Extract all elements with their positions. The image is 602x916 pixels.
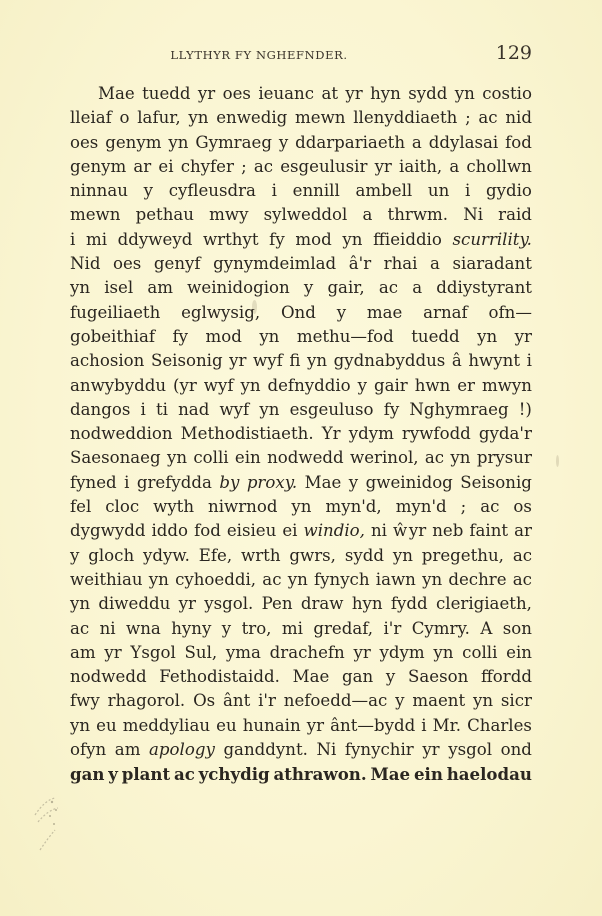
word: i — [141, 398, 146, 422]
word: ambell — [356, 179, 413, 203]
word: ddyweyd — [118, 228, 193, 252]
word: rhai — [384, 252, 418, 276]
word: mod — [295, 228, 331, 252]
word: ac — [425, 446, 444, 470]
word: nid — [505, 106, 532, 130]
word: ar — [514, 519, 532, 543]
word: ysgol. — [204, 592, 253, 616]
word: plant — [122, 762, 170, 786]
word: wyf — [219, 398, 249, 422]
word: yma — [226, 641, 261, 665]
word: ei — [158, 155, 173, 179]
word: yn — [433, 641, 453, 665]
word: fynychir — [345, 738, 414, 762]
text-line: genymareichyfer;acesgeulusiryriaith,acho… — [70, 155, 532, 179]
word: ac — [478, 106, 497, 130]
word: dangos — [70, 398, 130, 422]
word: a — [412, 131, 422, 155]
text-line: fwyrhagorol.Osânti'rnefoedd—acymaentynsi… — [70, 689, 532, 713]
word: ein — [506, 641, 532, 665]
word: lafur, — [137, 106, 180, 130]
word: wna — [126, 617, 161, 641]
word: (yr — [173, 374, 197, 398]
word: werinol, — [350, 446, 419, 470]
word: i — [465, 179, 470, 203]
body-text: Maetueddyroesieuancatyrhynsyddyncostioll… — [70, 82, 532, 787]
word: dechre — [448, 568, 506, 592]
page-number: 129 — [496, 42, 532, 64]
word: ennill — [293, 179, 340, 203]
word: oes — [70, 131, 98, 155]
word: yr — [422, 738, 439, 762]
word: by — [219, 471, 239, 495]
text-line: dangositinadwyfynesgeulusofyNghymraeg!) — [70, 398, 532, 422]
word: ac — [262, 568, 281, 592]
word: â — [452, 349, 462, 373]
word: gynymdeimlad — [213, 252, 336, 276]
word: hwynt — [468, 349, 520, 373]
word: Fethodistaidd. — [159, 665, 280, 689]
word: ffieiddio — [373, 228, 442, 252]
word: proxy. — [247, 471, 297, 495]
text-line: achosionSeisonigyrwyffiyngydnabyddusâhwy… — [70, 349, 532, 373]
word: lleiaf — [70, 106, 112, 130]
word: yr — [375, 155, 392, 179]
word: sicr — [501, 689, 532, 713]
word: nefoedd—ac — [284, 689, 387, 713]
word: fod — [505, 131, 532, 155]
word: yn — [342, 228, 362, 252]
word: eu — [216, 714, 237, 738]
word: Mae — [98, 82, 135, 106]
word: hyn — [370, 82, 401, 106]
word: cloc — [105, 495, 139, 519]
text-line: ganyplantacychydigathrawon.Maeeinhaeloda… — [70, 762, 532, 786]
word: yr — [307, 714, 324, 738]
word: grefydda — [137, 471, 212, 495]
word: Ond — [281, 301, 316, 325]
word: nad — [178, 398, 209, 422]
word: cyhoeddi, — [175, 568, 256, 592]
word: ein — [235, 446, 261, 470]
word: mi — [282, 617, 303, 641]
text-line: weithiauyncyhoeddi,acynfynychiawnyndechr… — [70, 568, 532, 592]
text-line: amyrYsgolSul,ymadrachefnyrydymyncolliein — [70, 641, 532, 665]
word: os — [513, 495, 532, 519]
word: yr — [198, 82, 215, 106]
word: yn — [393, 544, 413, 568]
word: y — [395, 689, 404, 713]
word: ac — [379, 276, 398, 300]
word: yr — [515, 325, 532, 349]
word: gyda'r — [479, 422, 532, 446]
word: athrawon. — [273, 762, 366, 786]
word: y — [222, 617, 231, 641]
word: esgeulusir — [280, 155, 367, 179]
word: Sul, — [185, 641, 218, 665]
word: yr — [104, 641, 121, 665]
word: i'r — [258, 689, 276, 713]
word: ; — [461, 495, 467, 519]
word: ; — [241, 155, 247, 179]
word: pregethu, — [422, 544, 504, 568]
word: ti — [156, 398, 168, 422]
word: eglwysig, — [181, 301, 260, 325]
word: nodweddion — [70, 422, 173, 446]
word: nodwedd — [70, 665, 147, 689]
word: yn — [307, 349, 327, 373]
word: gwrs, — [289, 544, 336, 568]
word: Cymry. — [412, 617, 470, 641]
word: yr — [345, 82, 362, 106]
word: genym — [105, 131, 161, 155]
word: yn — [149, 568, 169, 592]
word: anwybyddu — [70, 374, 166, 398]
word: gweinidog — [366, 471, 453, 495]
word: fy — [269, 228, 285, 252]
word: chollwn — [466, 155, 531, 179]
text-line: yniselamweinidogionygair,acaddiystyrant — [70, 276, 532, 300]
word: gan — [70, 762, 104, 786]
word: haelodau — [447, 762, 532, 786]
text-line: fugeiliaetheglwysig,Ondymaearnafofn— — [70, 301, 532, 325]
word: fy — [384, 398, 400, 422]
word: yn — [291, 495, 311, 519]
word: yn — [188, 106, 208, 130]
text-line: anwybyddu(yrwyfyndefnyddioygairhwnermwyn — [70, 374, 532, 398]
word: yn — [70, 714, 90, 738]
word: tuedd — [411, 325, 459, 349]
word: y — [358, 374, 367, 398]
word: o — [120, 106, 130, 130]
word: methu—fod — [297, 325, 394, 349]
word: raid — [498, 203, 532, 227]
word: fel — [70, 495, 91, 519]
word: ânt—bydd — [330, 714, 415, 738]
word: ddylasai — [429, 131, 499, 155]
word: Nghymraeg — [409, 398, 508, 422]
word: maent — [412, 689, 465, 713]
word: y — [144, 179, 153, 203]
word: ein — [414, 762, 443, 786]
word: oes — [223, 82, 251, 106]
word: y — [108, 762, 118, 786]
word: ydym — [380, 641, 425, 665]
word: fugeiliaeth — [70, 301, 160, 325]
text-line: imiddyweydwrthytfymodynffieiddioscurrili… — [70, 228, 532, 252]
word: fwy — [70, 689, 100, 713]
word: gredaf, — [313, 617, 373, 641]
text-line: Maetueddyroesieuancatyrhynsyddyncostio — [70, 82, 532, 106]
word: cyfleusdra — [169, 179, 256, 203]
word: wyf — [204, 374, 234, 398]
word: achosion — [70, 349, 144, 373]
word: mwy — [209, 203, 248, 227]
word: windio, — [304, 519, 365, 543]
word: prysur — [477, 446, 532, 470]
word: at — [321, 82, 338, 106]
ink-smudge — [556, 455, 559, 467]
word: sylweddol — [264, 203, 348, 227]
word: ddarpariaeth — [295, 131, 405, 155]
word: â'r — [349, 252, 371, 276]
word: weithiau — [70, 568, 143, 592]
word: ddiystyrant — [436, 276, 532, 300]
word: oes — [113, 252, 141, 276]
text-line: yndiwedduyrysgol.Pendrawhynfyddclerigiae… — [70, 592, 532, 616]
word: faint — [469, 519, 508, 543]
word: pethau — [136, 203, 194, 227]
word: i — [70, 228, 75, 252]
word: Methodistiaeth. — [181, 422, 314, 446]
word: fod — [194, 519, 221, 543]
text-line: yglochydyw.Efe,wrthgwrs,syddynpregethu,a… — [70, 544, 532, 568]
word: yr — [179, 592, 196, 616]
word: gydio — [486, 179, 532, 203]
word: gair, — [327, 276, 364, 300]
word: mi — [86, 228, 107, 252]
word: ychydig — [199, 762, 270, 786]
word: y — [70, 544, 79, 568]
word: ieuanc — [258, 82, 314, 106]
word: myn'd — [396, 495, 447, 519]
word: gair — [374, 374, 408, 398]
word: Ysgol — [130, 641, 175, 665]
word: Saesonaeg — [70, 446, 161, 470]
word: iddo — [151, 519, 188, 543]
word: ac — [254, 155, 273, 179]
word: yn — [70, 276, 90, 300]
word: ydyw. — [143, 544, 190, 568]
word: ac — [513, 568, 532, 592]
text-line: felclocwythniwrnodynmyn'd,myn'd;acos — [70, 495, 532, 519]
word: yn — [422, 568, 442, 592]
word: meddyliau — [123, 714, 210, 738]
text-line: fynedigrefyddabyproxy.MaeygweinidogSeiso… — [70, 471, 532, 495]
word: yn — [473, 689, 493, 713]
word: genyf — [154, 252, 201, 276]
word: a — [449, 155, 459, 179]
word: ac — [70, 617, 89, 641]
word: yn — [477, 325, 497, 349]
word: iawn — [376, 568, 416, 592]
word: gobeithiaf — [70, 325, 155, 349]
word: yr — [229, 349, 246, 373]
word: Saeson — [408, 665, 468, 689]
word: a — [430, 252, 440, 276]
text-line: dygwyddiddofodeisieueiwindio,niŵyrnebfai… — [70, 519, 532, 543]
word: enwedig — [216, 106, 287, 130]
word: hyny — [171, 617, 211, 641]
word: am — [115, 738, 141, 762]
word: Ni — [463, 203, 483, 227]
margin-stain-icon — [30, 790, 65, 860]
word: fyned — [70, 471, 117, 495]
word: ei — [282, 519, 297, 543]
word: esgeuluso — [290, 398, 374, 422]
word: Seisonig — [460, 471, 532, 495]
word: y — [304, 276, 313, 300]
ink-smudge — [252, 300, 257, 314]
word: ofn— — [489, 301, 532, 325]
word: ninnau — [70, 179, 128, 203]
word: ni — [100, 617, 116, 641]
word: clerigiaeth, — [436, 592, 532, 616]
word: chyfer — [181, 155, 234, 179]
word: ydym — [349, 422, 394, 446]
word: dygwydd — [70, 519, 145, 543]
word: yn — [455, 82, 475, 106]
word: ac — [480, 495, 499, 519]
word: colli — [193, 446, 228, 470]
word: ond — [501, 738, 532, 762]
word: costio — [482, 82, 532, 106]
word: mae — [367, 301, 402, 325]
text-line: Saesonaegyncollieinnodweddwerinol,acynpr… — [70, 446, 532, 470]
word: i — [272, 179, 277, 203]
word: yr — [353, 641, 370, 665]
word: sydd — [345, 544, 384, 568]
word: y — [349, 471, 358, 495]
text-line: nodweddionMethodistiaeth.Yrydymrywfoddgy… — [70, 422, 532, 446]
text-line: yneumeddyliaueuhunainyrânt—byddiMr.Charl… — [70, 714, 532, 738]
word: Mae — [305, 471, 342, 495]
word: gydnabyddus — [334, 349, 446, 373]
word: weinidogion — [187, 276, 290, 300]
word: genym — [70, 155, 126, 179]
word: a — [412, 276, 422, 300]
word: hwn — [415, 374, 451, 398]
word: ac — [174, 762, 195, 786]
word: !) — [519, 398, 532, 422]
word: ysgol — [448, 738, 492, 762]
word: Charles — [467, 714, 532, 738]
word: fy — [173, 325, 189, 349]
text-line: ninnauycyfleusdraiennillambellunigydio — [70, 179, 532, 203]
word: yn — [259, 325, 279, 349]
word: draw — [301, 592, 344, 616]
text-line: nodweddFethodistaidd.MaeganySaesonffordd — [70, 665, 532, 689]
word: ar — [133, 155, 151, 179]
word: llenyddiaeth — [353, 106, 457, 130]
text-line: lleiafolafur,ynenwedigmewnllenyddiaeth;a… — [70, 106, 532, 130]
word: rywfodd — [402, 422, 471, 446]
word: i — [421, 714, 426, 738]
word: mewn — [70, 203, 120, 227]
word: eisieu — [227, 519, 276, 543]
word: mwyn — [482, 374, 532, 398]
word: y — [279, 131, 288, 155]
word: diweddu — [98, 592, 170, 616]
word: fynych — [314, 568, 370, 592]
word: Os — [193, 689, 215, 713]
word: gloch — [88, 544, 134, 568]
word: wyth — [153, 495, 194, 519]
word: Mae — [370, 762, 410, 786]
word: arnaf — [423, 301, 468, 325]
word: colli — [462, 641, 497, 665]
running-head: LLYTHYR FY NGHEFNDER. 129 — [72, 44, 532, 68]
word: siaradant — [453, 252, 532, 276]
word: son — [503, 617, 532, 641]
word: wyf — [253, 349, 283, 373]
word: Pen — [262, 592, 293, 616]
word: ffordd — [481, 665, 532, 689]
word: thrwm. — [388, 203, 449, 227]
word: tuedd — [142, 82, 190, 106]
text-line: oesgenymynGymraegyddarpariaethaddylasaif… — [70, 131, 532, 155]
word: drachefn — [270, 641, 345, 665]
word: wrthyt — [203, 228, 259, 252]
word: niwrnod — [208, 495, 277, 519]
word: neb — [432, 519, 463, 543]
word: yn — [450, 446, 470, 470]
word: fydd — [391, 592, 428, 616]
word: gan — [342, 665, 373, 689]
book-page: LLYTHYR FY NGHEFNDER. 129 Maetueddyroesi… — [0, 0, 602, 916]
word: ac — [513, 544, 532, 568]
text-line: Nidoesgenyfgynymdeimladâ'rrhaiasiaradant — [70, 252, 532, 276]
word: Yr — [322, 422, 341, 446]
word: iaith, — [399, 155, 442, 179]
word: wrth — [241, 544, 281, 568]
word: yn — [167, 446, 187, 470]
word: scurrility. — [453, 228, 532, 252]
text-line: acniwnahynyytro,migredaf,i'rCymry.Ason — [70, 617, 532, 641]
text-line: gobeithiaffymodynmethu—fodtueddynyr — [70, 325, 532, 349]
word: Mae — [293, 665, 330, 689]
word: Ni — [316, 738, 336, 762]
word: ânt — [223, 689, 250, 713]
word: i — [527, 349, 532, 373]
word: myn'd, — [325, 495, 381, 519]
word: yn — [259, 398, 279, 422]
word: yn — [70, 592, 90, 616]
word: hyn — [352, 592, 383, 616]
word: y — [337, 301, 346, 325]
word: rhagorol. — [108, 689, 186, 713]
word: ŵyr — [393, 519, 426, 543]
word: ofyn — [70, 738, 106, 762]
running-title: LLYTHYR FY NGHEFNDER. — [124, 48, 394, 62]
word: i'r — [384, 617, 402, 641]
word: ganddynt. — [223, 738, 307, 762]
word: nodwedd — [267, 446, 344, 470]
word: yn — [168, 131, 188, 155]
word: y — [386, 665, 395, 689]
word: mod — [206, 325, 242, 349]
word: am — [147, 276, 173, 300]
word: Gymraeg — [195, 131, 272, 155]
word: defnyddio — [267, 374, 350, 398]
text-line: mewnpethaumwysylweddolathrwm.Niraid — [70, 203, 532, 227]
word: ; — [465, 106, 471, 130]
word: tro, — [242, 617, 272, 641]
word: apology — [149, 738, 215, 762]
word: Efe, — [199, 544, 232, 568]
word: un — [428, 179, 449, 203]
word: mewn — [295, 106, 345, 130]
word: A — [480, 617, 492, 641]
word: er — [457, 374, 475, 398]
word: yn — [240, 374, 260, 398]
word: am — [70, 641, 96, 665]
word: Seisonig — [151, 349, 223, 373]
word: yn — [288, 568, 308, 592]
word: hunain — [243, 714, 301, 738]
word: a — [363, 203, 373, 227]
word: fi — [289, 349, 300, 373]
